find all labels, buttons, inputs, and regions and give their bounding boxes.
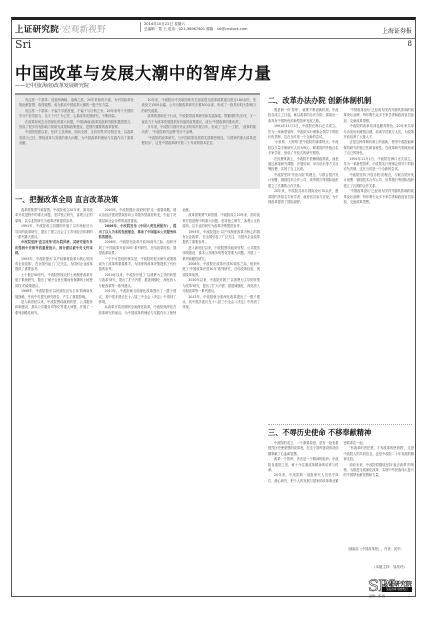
body-paragraph: 正是这种体制机制上的创新，使得中改院能够保持研究的独立性和客观性，在改革研究领域… — [344, 140, 415, 156]
intro-paragraph: 20年来，中改院向中央和国家有关部委提交改革政策建议报告180余份，发表论文15… — [142, 98, 257, 114]
body-paragraph: 中改院坚持‘开放办院’的理念，与联合国开发计划署、德国技术合作公司、世界银行等国… — [268, 173, 339, 189]
brand-title: 上证研究院·宏观新视野 — [15, 23, 106, 35]
intro-paragraph: ‘中改院的改革研究，与中国改革发展的实践紧密相连，与国家的重大改革进程同步’，这… — [142, 136, 257, 147]
intro-paragraph: 有这样一个群体：居琼州海峡、南海之滨，20年来始终不渝，为中国改革发展贡献智慧，… — [19, 98, 134, 109]
editor-credit: 编辑：邹 娟 — [369, 594, 385, 598]
body-paragraph: 进入新世纪以来，中改院围绕政府转型、公共服务体制建设、基本公共服务均等化等重大问… — [182, 246, 260, 262]
body-paragraph: 上个世纪90年代，中改院围绕农村土地制度改革开展了系统研究，提出了‘赋予农民长期… — [15, 273, 93, 289]
source-note: （摘编自《中国改革报》，作者：何华） — [346, 547, 412, 552]
intro-paragraph: 中改院组建以来，坚持‘立足海南、面向全国、走向世界’的办院宗旨，以改革发展为己任… — [19, 130, 134, 146]
intro-paragraph: 多年来，中改院与国内外众多机构开展合作，形成了‘五个一工程’，‘改革的推动者’、… — [142, 125, 257, 136]
article-subhead: ——记中国(海南)改革发展研究院 — [15, 82, 89, 89]
body-paragraph-emphasis: 中改院坚持‘直言改革’的办院风格，其研究报告多次得到中央领导的重要批示，部分建议… — [15, 240, 93, 256]
intro-paragraph: 改革的基础在于行动，中改院的改革研究和实践探索，既紧跟时代步伐，又一直致力于为改… — [142, 114, 257, 125]
body-paragraph: 改革需要勇气和智慧。中改院成立20年来，面对改革开放进程中的重大问题，坚持独立研… — [15, 208, 93, 224]
body-paragraph: 中改院的改革培训也颇具特色。20年来共举办各类培训班数百期，培训学员数万人次，为… — [344, 124, 415, 140]
body-paragraph: 20年来，中改院共举办国际论坛70余次，邀请国内外知名专家学者、政府官员参与讨论… — [268, 189, 339, 205]
section-logo: Sri — [15, 38, 31, 51]
footer-logo: SRI 上证研究院 见证改革 思想先行 编辑：邹 娟 — [368, 576, 412, 598]
section-divider — [268, 424, 412, 425]
body-paragraph: 2013年，中改院就全面深化改革提出了一揽子建议，其中很多建议在十八届三中全会《… — [99, 289, 177, 305]
body-paragraph: 改革一个智库，首先是一个精神的组织。中改院自建院之初，就十分注重改革精神的培育与… — [268, 457, 339, 473]
page-number: 8 — [408, 40, 412, 48]
body-paragraph: 2003年，中改院提出‘政府转型’这一重要命题，建议由经济建设型政府向公共服务型… — [99, 208, 177, 224]
body-paragraph: 中改院坚持‘开放办院’的理念，与联合国开发计划署、德国技术合作公司、世界银行等国… — [344, 173, 415, 189]
logo-tagline: 见证改革 思想先行 — [382, 587, 412, 592]
body-paragraph: 1993年，中改院提出‘以产权制度改革为核心的国有企业改革’，在全国引起了广泛关… — [15, 257, 93, 273]
brand-subtitle: ·宏观新视野 — [59, 25, 106, 35]
body-paragraph: 改革需要勇气和智慧。中改院成立20年来，面对改革开放进程中的重大问题，坚持独立研… — [182, 213, 260, 229]
paper-name: 上海证券报 — [382, 26, 412, 35]
intro-box: 有这样一个群体：居琼州海峡、南海之滨，20年来始终不渝，为中国改革发展贡献智慧，… — [15, 93, 260, 189]
newspaper-page: 上证研究院·宏观新视野 2014年10月22日 星期六 总编辑：郑 王 电话：0… — [11, 17, 416, 597]
body-paragraph: 1993年，中改院提出‘以产权制度改革为核心的国有企业改革’，在全国引起了广泛关… — [182, 230, 260, 246]
body-paragraph: 1991年11月1日，中改院在海口正式成立。作为一家新型智库，中改院实行理事会领… — [268, 124, 339, 140]
section-title-2: 二、改革办法办院 创新体制机制 — [268, 96, 371, 106]
body-paragraph: 2010年以来，中改院开展了‘以消费为主导的转型与改革’研究，提出了扩大内需、推… — [182, 278, 260, 294]
masthead: 上证研究院·宏观新视野 2014年10月22日 星期六 总编辑：郑 王 电话：0… — [12, 20, 415, 39]
body-paragraph: 进入新世纪以来，中改院围绕政府转型、公共服务体制建设、基本公共服务均等化等重大问… — [15, 300, 93, 316]
body-paragraph: 1991年，中改院成立初期即开展了以市场经济为导向的改革研究，提出了建立社会主义… — [15, 224, 93, 240]
intro-paragraph: 有这样一个群体：不偏于学派派壁，不偏于与行利之争，20年来每个中国的岁月中自觉担… — [19, 109, 134, 120]
section-2-body: 既是研一份‘智库’，就要不断创新机制。中改院自成立之日起，就以改革的办法办院，探… — [268, 108, 414, 418]
section-1-body: 改革需要勇气和智慧。中改院成立20年来，面对改革开放进程中的重大问题，坚持独立研… — [15, 208, 260, 593]
body-paragraph: 中改院的成立，一个重要原因，是有一批有着强烈历史使命感的改革者，在这个智库建设的… — [268, 441, 339, 457]
body-paragraph: ‘中国改革论坛’已经成为国内外颇具影响的改革论坛品牌，每年吸引众多专家学者和政府… — [344, 189, 415, 205]
section-3-body: 中改院的成立，一个重要原因，是有一批有着强烈历史使命感的改革者，在这个智库建设的… — [268, 441, 414, 543]
body-paragraph: 2008年，中改院在改革开放30周年之际，组织开展了‘中国改革开放30年’系列研… — [99, 240, 177, 256]
section-title-1: 一、把握改革全局 直言改革决策 — [15, 195, 118, 205]
issue-meta: 2014年10月22日 星期六 总编辑：郑 王 电话：021-38967601 … — [140, 22, 248, 32]
intro-paragraph: 在改革如何去全面深化的重大问题，中国(海南)改革发展研究院积极提建言，形成了很多… — [19, 120, 134, 131]
body-paragraph: ‘中国改革论坛’已经成为国内外颇具影响的改革论坛品牌，每年吸引众多专家学者和政府… — [344, 108, 415, 124]
body-paragraph-emphasis: 2006年，中改院发布《中国人类发展报告》，提出了以人为本的发展理念，推动了中国… — [99, 224, 177, 240]
body-paragraph: 既是研一份‘智库’，就要不断创新机制。中改院自成立之日起，就以改革的办法办院，探… — [268, 108, 339, 124]
article-headline: 中国改革与发展大潮中的智库力量 — [15, 60, 272, 84]
section-title-3: 三、不辱历史使命 不移奉献精神 — [268, 428, 371, 438]
brand-name: 上证研究院 — [15, 25, 59, 35]
body-paragraph: ‘小机构、大网络’是中改院的重要特点。中改院以少量专职研究人员为核心，联系国内外… — [268, 140, 339, 156]
body-paragraph: 2010年以来，中改院开展了‘以消费为主导的转型与改革’研究，提出了扩大内需、推… — [99, 273, 177, 289]
body-paragraph: 在经费来源上，中改院不依赖财政拨款，而是通过承接研究课题、开展培训、举办论坛等方… — [268, 157, 339, 173]
body-paragraph: 1998年，中改院提出‘以民营经济为主体’的海南发展战略，并向中央提交研究报告，… — [15, 289, 93, 300]
body-paragraph: 面向未来，中改院将继续坚持‘直言改革’的风格，为推进全面深化改革、实现中华民族伟… — [344, 463, 415, 479]
body-paragraph: 2013年，中改院就全面深化改革提出了一揽子建议，其中很多建议在十八届三中全会《… — [182, 295, 260, 311]
body-paragraph: ‘有改革的责任感，才有改革的使命感’，这是中改院人的共同信念，也是中改院二十年发… — [344, 446, 415, 462]
editor-contact: 总编辑：郑 王 电话：021-38967601 邮箱：sri@cnstock.c… — [144, 27, 248, 32]
body-paragraph: 一个不可忽视的事实是，中改院的很多研究成果都成为了改革的重要推手，为国家的改革决… — [99, 257, 177, 273]
body-paragraph: 1991年11月1日，中改院在海口正式成立。作为一家新型智库，中改院实行理事会领… — [344, 157, 415, 173]
host-signature: （本版主持：邹庆玲） — [372, 565, 407, 570]
body-paragraph: 2008年，中改院在改革开放30周年之际，组织开展了‘中国改革开放30年’系列研… — [182, 262, 260, 278]
